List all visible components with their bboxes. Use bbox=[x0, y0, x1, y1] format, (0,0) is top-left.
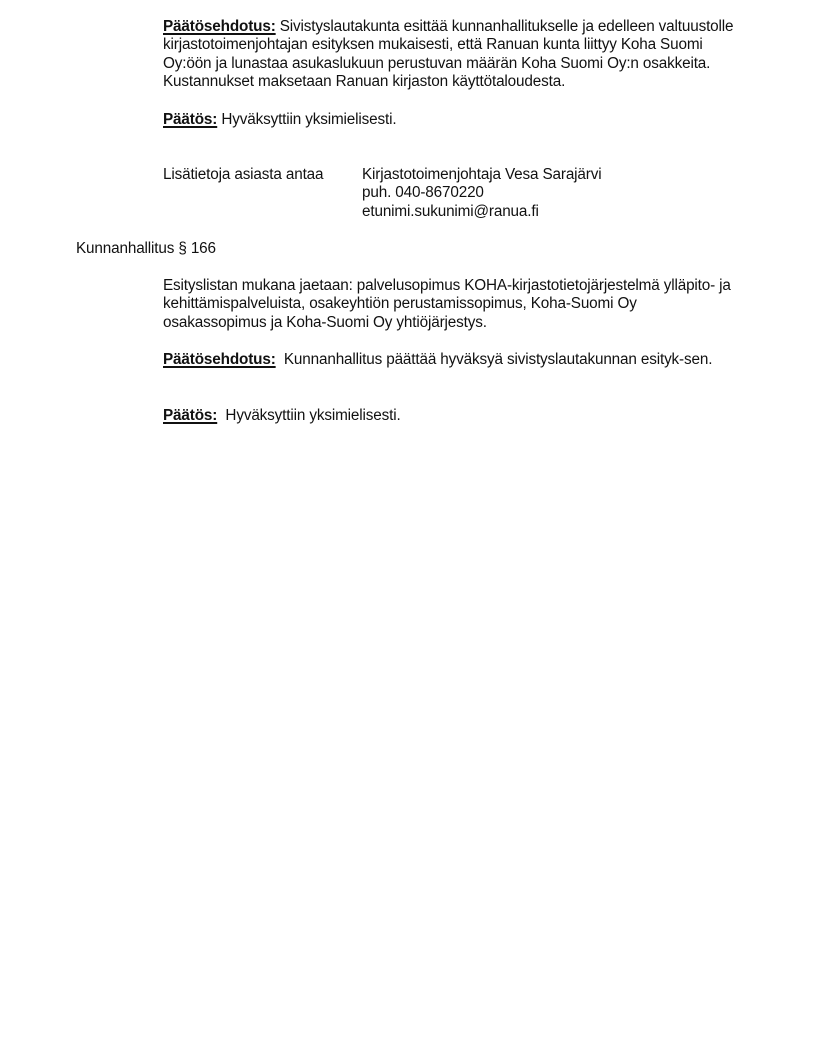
section-heading: Kunnanhallitus § 166 bbox=[76, 240, 216, 258]
proposal-label: Päätösehdotus: bbox=[163, 18, 276, 35]
intro-paragraph: Esityslistan mukana jaetaan: palvelusopi… bbox=[163, 277, 743, 332]
contact-details: Kirjastotoimenjohtaja Vesa Sarajärvi puh… bbox=[362, 166, 601, 221]
decision-text: Hyväksyttiin yksimielisesti. bbox=[217, 407, 400, 424]
contact-phone: puh. 040-8670220 bbox=[362, 184, 601, 202]
proposal-label: Päätösehdotus: bbox=[163, 351, 276, 368]
proposal-paragraph-2: Päätösehdotus: Kunnanhallitus päättää hy… bbox=[163, 351, 723, 369]
proposal-paragraph-1: Päätösehdotus: Sivistyslautakunta esittä… bbox=[163, 18, 743, 91]
contact-email: etunimi.sukunimi@ranua.fi bbox=[362, 203, 601, 221]
decision-paragraph-1: Päätös: Hyväksyttiin yksimielisesti. bbox=[163, 111, 743, 129]
contact-name: Kirjastotoimenjohtaja Vesa Sarajärvi bbox=[362, 166, 601, 184]
proposal-text: Kunnanhallitus päättää hyväksyä sivistys… bbox=[276, 351, 713, 368]
decision-label: Päätös: bbox=[163, 407, 217, 424]
decision-paragraph-2: Päätös: Hyväksyttiin yksimielisesti. bbox=[163, 407, 743, 425]
contact-label: Lisätietoja asiasta antaa bbox=[163, 166, 323, 184]
decision-text: Hyväksyttiin yksimielisesti. bbox=[217, 111, 396, 128]
decision-label: Päätös: bbox=[163, 111, 217, 128]
